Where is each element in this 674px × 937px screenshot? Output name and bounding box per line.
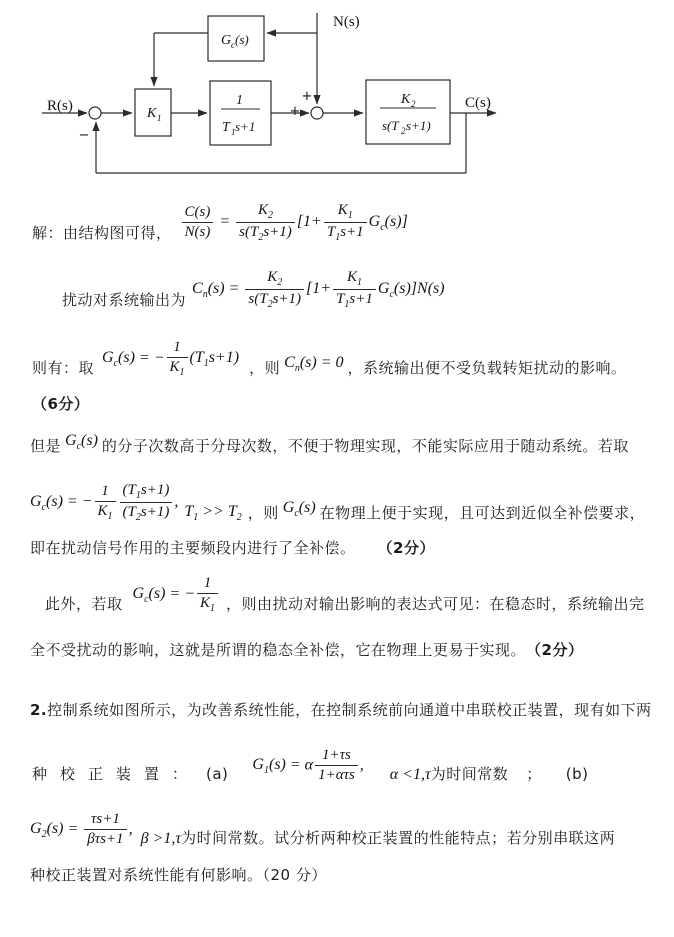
svg-text:(s): (s) — [235, 32, 249, 47]
tail-text: 在物理上便于实现，且可达到近似全补偿要求， — [320, 503, 646, 523]
mid-text: ，则 — [248, 503, 279, 523]
problem2-line-2: 种校正装置： (a) G1(s) = α1+τs1+ατs, α <1,τ 为时… — [32, 740, 588, 784]
equation-g2: G2(s) = τs+1βτs+1, — [30, 811, 133, 849]
svg-text:s+1): s+1) — [406, 118, 431, 133]
separator: ； — [526, 764, 542, 784]
svg-text:K: K — [400, 92, 411, 107]
noise-label: N(s) — [333, 14, 360, 30]
solution-line-8: 全不受扰动的影响，这就是所谓的稳态全补偿，它在物理上更易于实现。 （2分） — [30, 640, 583, 660]
equation-condition: T1 >> T2 — [184, 503, 241, 523]
equation-gc-static: Gc(s) = −1K1 — [133, 575, 221, 614]
condition-a: α <1,τ — [390, 766, 431, 784]
score-line-1: （6分） — [32, 394, 89, 414]
inline-gc: Gc(s) — [283, 499, 316, 519]
output-label: C(s) — [465, 95, 491, 111]
item-tag-a: (a) — [206, 764, 228, 784]
plant2-block — [366, 80, 450, 144]
tail-text: ，系统输出便不受负载转矩扰动的影响。 — [348, 358, 627, 378]
block-diagram: R(s) N(s) C(s) − + + G c (s) K 1 1 T 1 s… — [28, 6, 508, 178]
svg-text:K: K — [146, 106, 157, 121]
input-label: R(s) — [47, 98, 73, 114]
lead-text: 则有：取 — [32, 358, 94, 378]
equation-cn-zero: Cn(s) = 0 — [284, 354, 343, 374]
solution-line-4: 但是 Gc(s) 的分子次数高于分母次数，不便于物理实现，不能实际应用于随动系统… — [30, 436, 629, 456]
item-tag-b: (b) — [566, 764, 589, 784]
svg-text:s+1: s+1 — [235, 119, 255, 134]
spaced-lead: 种校正装置： — [32, 764, 200, 784]
svg-text:1: 1 — [236, 93, 243, 108]
svg-text:G: G — [221, 33, 231, 48]
svg-text:T: T — [222, 120, 231, 135]
document-page: R(s) N(s) C(s) − + + G c (s) K 1 1 T 1 s… — [0, 0, 674, 937]
inline-gc: Gc(s) — [65, 432, 98, 452]
svg-text:1: 1 — [157, 113, 162, 123]
score-badge: （2分） — [378, 538, 435, 558]
equation-cn: Cn(s) = K2s(T2s+1)[1+K1T1s+1Gc(s)]N(s) — [192, 269, 445, 310]
problem2-line-1: 2. 控制系统如图所示，为改善系统性能，在控制系统前向通道中串联校正装置，现有如… — [30, 700, 652, 720]
plus-sign-left: + — [290, 104, 301, 119]
lead-text: 解：由结构图可得， — [32, 223, 172, 243]
equation-gc-approx: Gc(s) = −1K1(T1s+1)(T2s+1), — [30, 482, 178, 523]
score-badge: （2分） — [526, 640, 583, 660]
solution-line-2: 扰动对系统输出为 Cn(s) = K2s(T2s+1)[1+K1T1s+1Gc(… — [62, 266, 445, 310]
solution-line-6: 即在扰动信号作用的主要频段内进行了全补偿。 （2分） — [30, 538, 435, 558]
summing-junction-1 — [89, 107, 101, 119]
equation-cs-ns: C(s)N(s) = K2s(T2s+1)[1+K1T1s+1Gc(s)] — [180, 202, 408, 243]
mid-text: ，则 — [249, 358, 280, 378]
score-badge: （6分） — [32, 394, 89, 414]
problem2-line-4: 种校正装置对系统性能有何影响。（20 分） — [30, 865, 327, 885]
lead-text: 扰动对系统输出为 — [62, 290, 186, 310]
solution-line-7: 此外，若取 Gc(s) = −1K1 ，则由扰动对输出影响的表达式可见：在稳态时… — [45, 574, 645, 614]
problem-number: 2. — [30, 700, 47, 720]
condition-b: β >1,τ — [141, 830, 182, 848]
plus-sign-top: + — [302, 89, 313, 104]
minus-sign: − — [79, 128, 90, 143]
equation-gc-full: Gc(s) = −1K1(T1s+1) — [102, 339, 239, 378]
summing-junction-2 — [311, 107, 323, 119]
equation-g1: G1(s) = α1+τs1+ατs, — [252, 747, 363, 785]
solution-line-1: 解：由结构图可得， C(s)N(s) = K2s(T2s+1)[1+K1T1s+… — [32, 197, 408, 243]
solution-line-5: Gc(s) = −1K1(T1s+1)(T2s+1), T1 >> T2 ，则 … — [30, 477, 645, 523]
plant1-block — [210, 81, 271, 145]
svg-text:s(T: s(T — [382, 118, 399, 133]
solution-line-3: 则有：取 Gc(s) = −1K1(T1s+1) ，则 Cn(s) = 0 ，系… — [32, 336, 627, 378]
problem2-line-3: G2(s) = τs+1βτs+1, β >1,τ 为时间常数 。试分析两种校正… — [30, 804, 615, 848]
